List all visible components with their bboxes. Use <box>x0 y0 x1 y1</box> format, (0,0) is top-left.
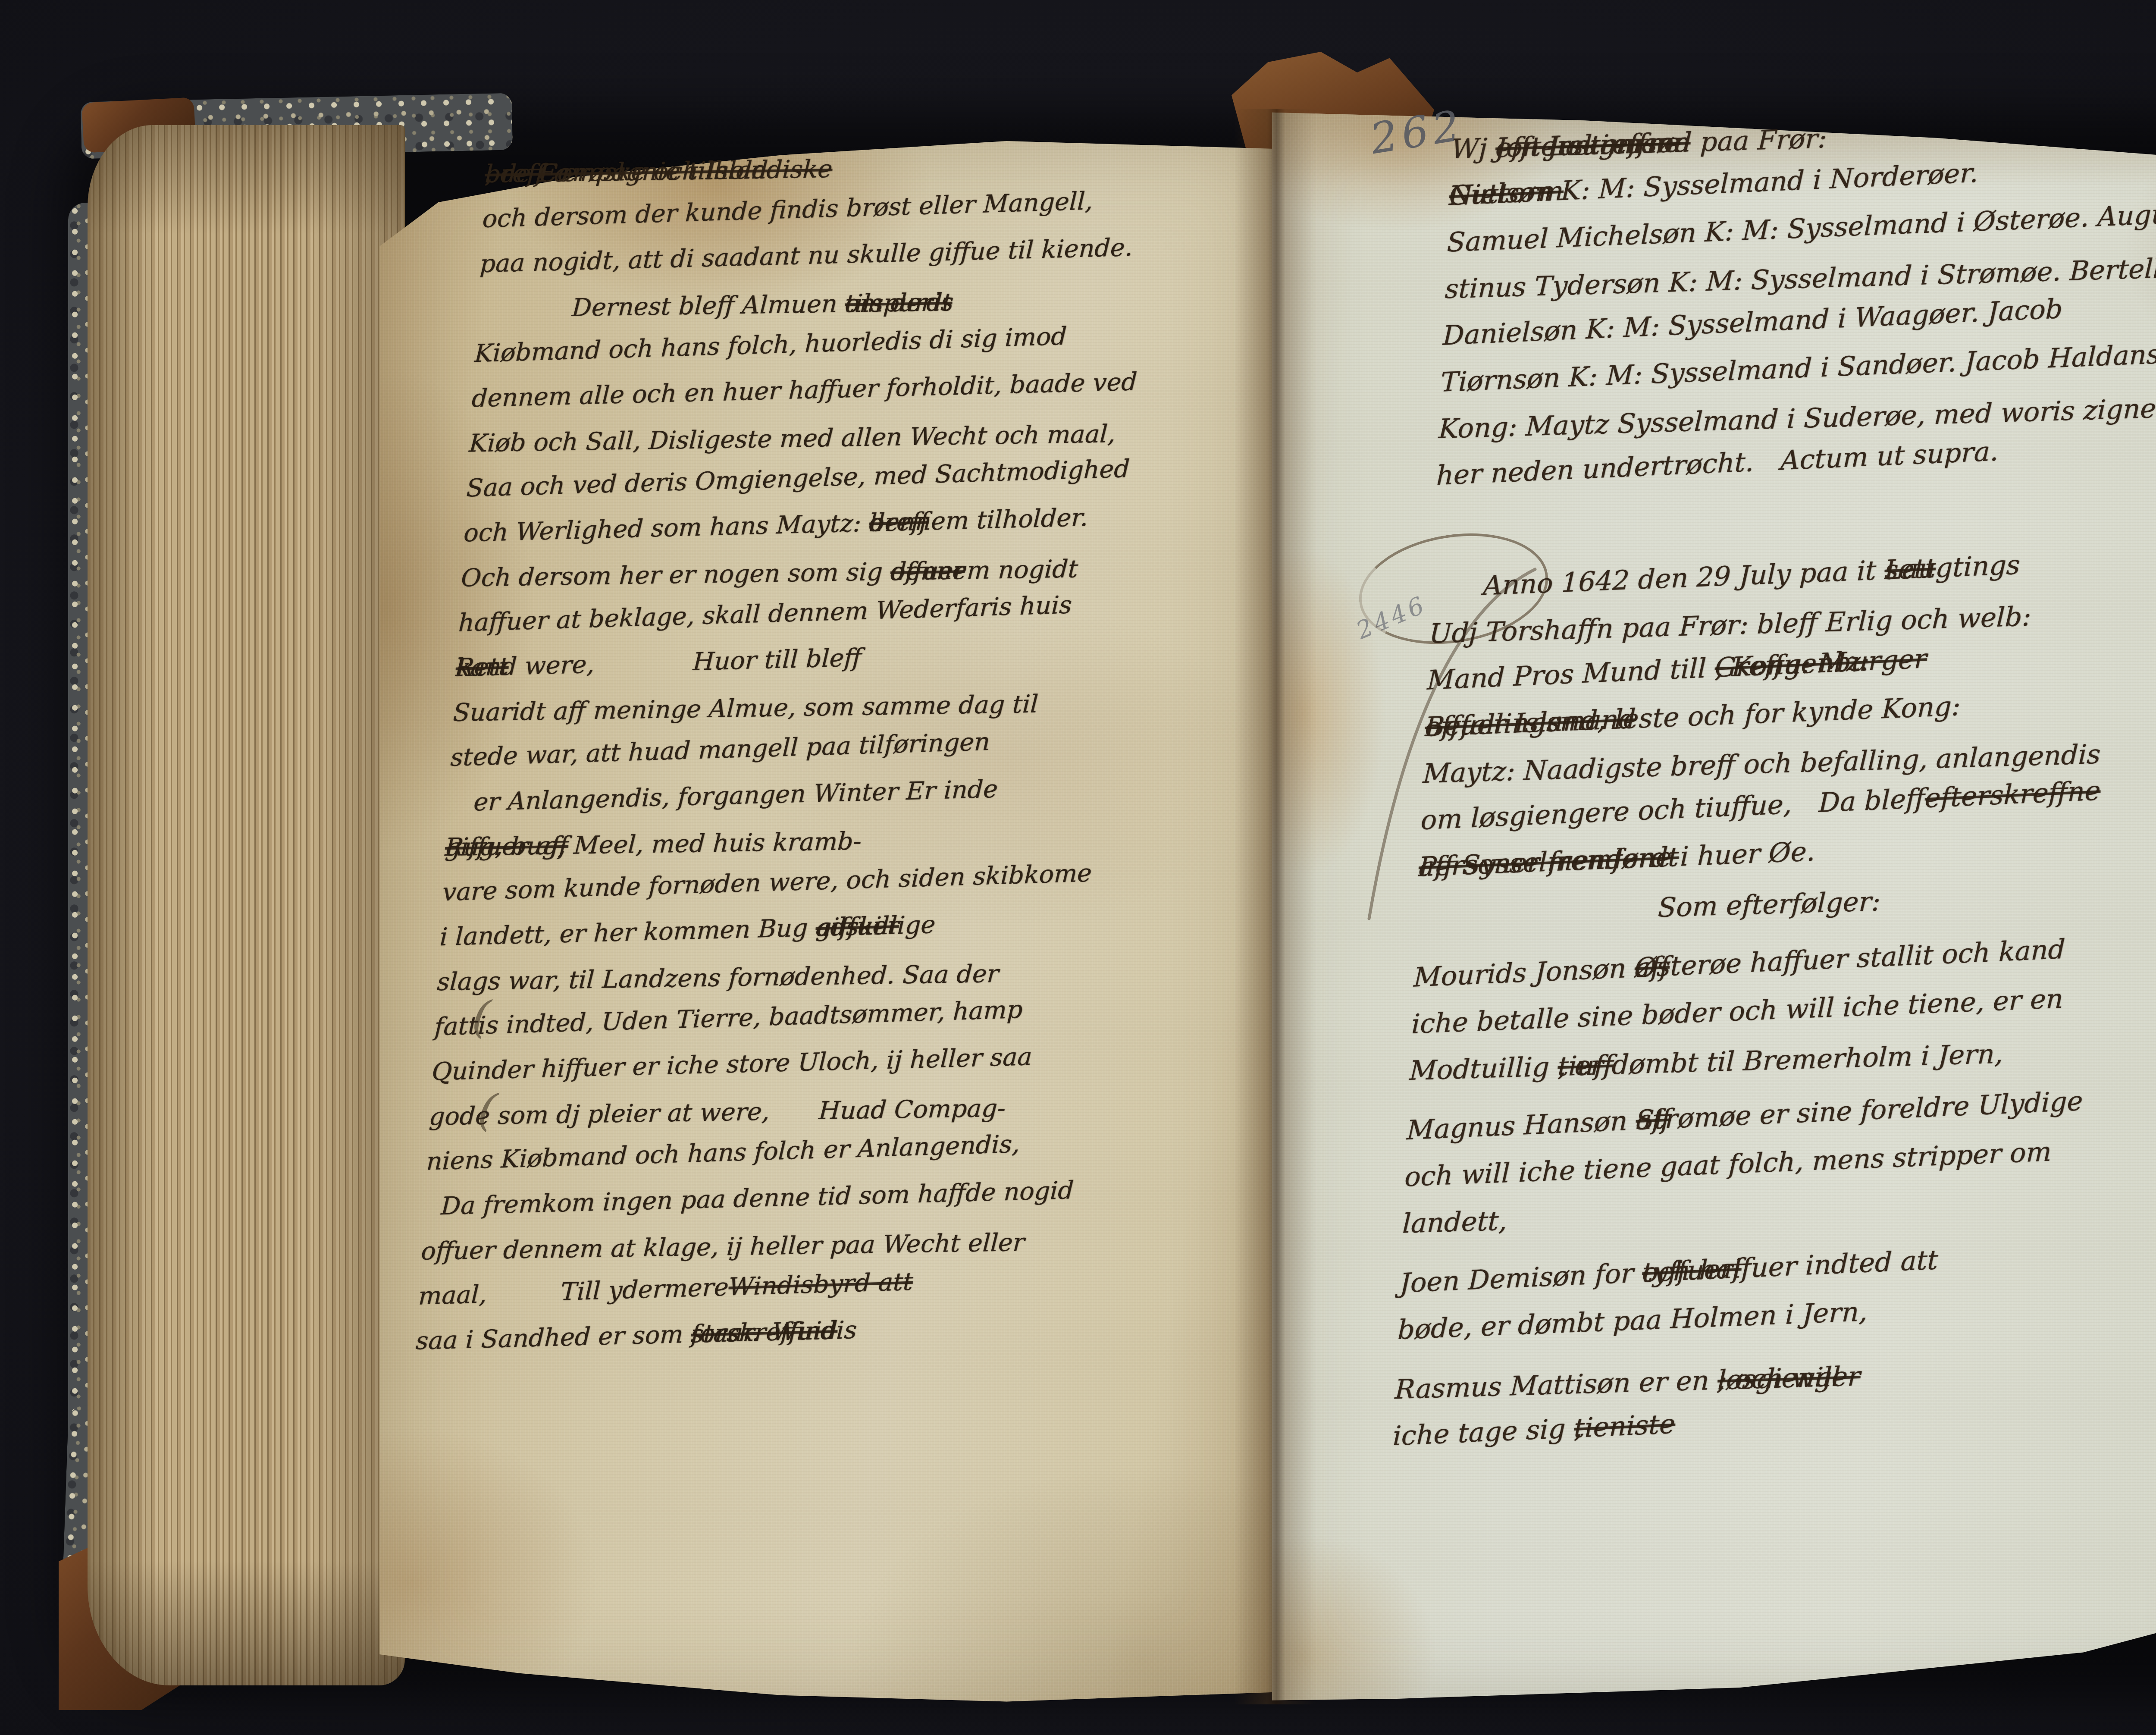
right-page-text: Wj effterskreffne Jon Justinusøn Laugman… <box>1392 106 2156 1459</box>
left-page-text: breff, de Færøske och Islandiske Compagn… <box>414 144 1275 1364</box>
manuscript-photo: breff, de Færøske och Islandiske Compagn… <box>0 0 2156 1735</box>
page-stack-fore-edge-left <box>88 125 405 1685</box>
